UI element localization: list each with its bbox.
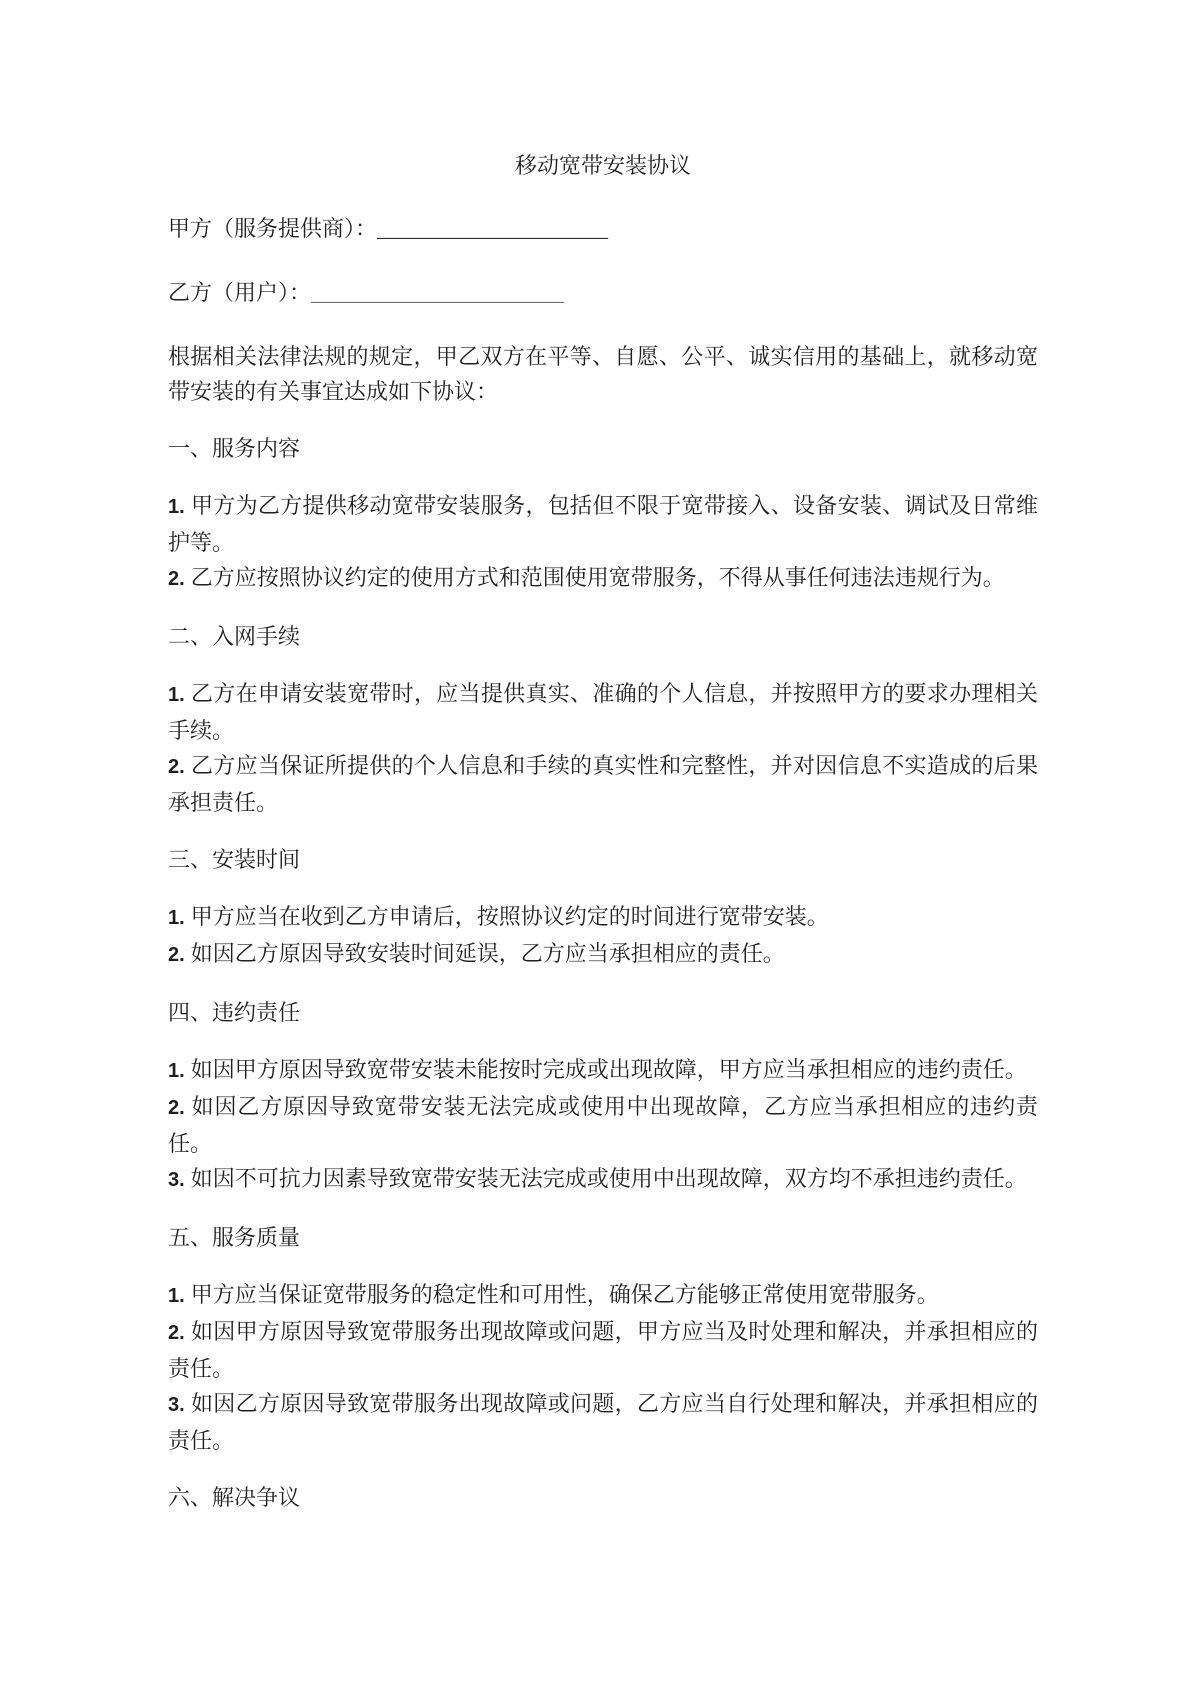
- section-3-heading: 三、安装时间: [168, 842, 1038, 877]
- party-a-line: 甲方（服务提供商）：_____________________: [168, 211, 1038, 246]
- party-b-blank: _______________________: [311, 280, 564, 305]
- clause-text: 如因乙方原因导致宽带服务出现故障或问题，乙方应当自行处理和解决，并承担相应的责任…: [168, 1391, 1038, 1453]
- clause-number: 3.: [168, 1169, 185, 1191]
- section-installation-time: 三、安装时间 1.甲方应当在收到乙方申请后，按照协议约定的时间进行宽带安装。 2…: [168, 842, 1038, 973]
- clause-text: 如因乙方原因导致安装时间延误，乙方应当承担相应的责任。: [191, 941, 785, 966]
- section-service-quality: 五、服务质量 1.甲方应当保证宽带服务的稳定性和可用性，确保乙方能够正常使用宽带…: [168, 1220, 1038, 1458]
- document-title: 移动宽带安装协议: [168, 148, 1038, 183]
- contract-clause: 3.如因不可抗力因素导致宽带安装无法完成或使用中出现故障，双方均不承担违约责任。: [168, 1161, 1038, 1198]
- party-b-line: 乙方（用户）：_______________________: [168, 275, 1038, 310]
- clause-text: 乙方应按照协议约定的使用方式和范围使用宽带服务，不得从事任何违法违规行为。: [191, 565, 1005, 590]
- contract-document-page: 移动宽带安装协议 甲方（服务提供商）：_____________________…: [0, 0, 1190, 1683]
- contract-clause: 3.如因乙方原因导致宽带服务出现故障或问题，乙方应当自行处理和解决，并承担相应的…: [168, 1386, 1038, 1458]
- section-5-items: 1.甲方应当保证宽带服务的稳定性和可用性，确保乙方能够正常使用宽带服务。 2.如…: [168, 1277, 1038, 1458]
- section-3-items: 1.甲方应当在收到乙方申请后，按照协议约定的时间进行宽带安装。 2.如因乙方原因…: [168, 899, 1038, 973]
- section-2-items: 1.乙方在申请安装宽带时，应当提供真实、准确的个人信息，并按照甲方的要求办理相关…: [168, 676, 1038, 820]
- section-6-heading: 六、解决争议: [168, 1480, 1038, 1515]
- clause-number: 1.: [168, 496, 185, 518]
- clause-text: 如因不可抗力因素导致宽带安装无法完成或使用中出现故障，双方均不承担违约责任。: [191, 1166, 1027, 1191]
- clause-number: 2.: [168, 1097, 185, 1119]
- contract-clause: 1.甲方应当在收到乙方申请后，按照协议约定的时间进行宽带安装。: [168, 899, 1038, 936]
- contract-clause: 1.甲方应当保证宽带服务的稳定性和可用性，确保乙方能够正常使用宽带服务。: [168, 1277, 1038, 1314]
- clause-text: 如因甲方原因导致宽带安装未能按时完成或出现故障，甲方应当承担相应的违约责任。: [191, 1057, 1027, 1082]
- party-b-label: 乙方（用户）：: [168, 280, 311, 305]
- clause-text: 如因甲方原因导致宽带服务出现故障或问题，甲方应当及时处理和解决，并承担相应的责任…: [168, 1319, 1038, 1381]
- section-5-heading: 五、服务质量: [168, 1220, 1038, 1255]
- clause-number: 1.: [168, 1060, 185, 1082]
- clause-number: 1.: [168, 684, 185, 706]
- contract-clause: 1.如因甲方原因导致宽带安装未能按时完成或出现故障，甲方应当承担相应的违约责任。: [168, 1052, 1038, 1089]
- section-breach-liability: 四、违约责任 1.如因甲方原因导致宽带安装未能按时完成或出现故障，甲方应当承担相…: [168, 995, 1038, 1198]
- section-1-heading: 一、服务内容: [168, 431, 1038, 466]
- intro-paragraph: 根据相关法律法规的规定，甲乙双方在平等、自愿、公平、诚实信用的基础上，就移动宽带…: [168, 339, 1038, 409]
- clause-number: 2.: [168, 1322, 185, 1344]
- party-a-blank: _____________________: [377, 216, 608, 241]
- clause-text: 乙方应当保证所提供的个人信息和手续的真实性和完整性，并对因信息不实造成的后果承担…: [168, 753, 1038, 815]
- clause-text: 甲方应当在收到乙方申请后，按照协议约定的时间进行宽带安装。: [191, 904, 829, 929]
- section-network-procedures: 二、入网手续 1.乙方在申请安装宽带时，应当提供真实、准确的个人信息，并按照甲方…: [168, 619, 1038, 820]
- contract-clause: 2.乙方应当保证所提供的个人信息和手续的真实性和完整性，并对因信息不实造成的后果…: [168, 748, 1038, 820]
- section-4-heading: 四、违约责任: [168, 995, 1038, 1030]
- clause-text: 甲方为乙方提供移动宽带安装服务，包括但不限于宽带接入、设备安装、调试及日常维护等…: [168, 493, 1038, 555]
- clause-text: 甲方应当保证宽带服务的稳定性和可用性，确保乙方能够正常使用宽带服务。: [191, 1282, 939, 1307]
- contract-clause: 1.甲方为乙方提供移动宽带安装服务，包括但不限于宽带接入、设备安装、调试及日常维…: [168, 488, 1038, 560]
- section-service-content: 一、服务内容 1.甲方为乙方提供移动宽带安装服务，包括但不限于宽带接入、设备安装…: [168, 431, 1038, 597]
- contract-clause: 2.如因乙方原因导致安装时间延误，乙方应当承担相应的责任。: [168, 936, 1038, 973]
- party-a-label: 甲方（服务提供商）：: [168, 216, 377, 241]
- clause-number: 3.: [168, 1394, 185, 1416]
- clause-number: 2.: [168, 756, 185, 778]
- clause-number: 2.: [168, 944, 185, 966]
- contract-clause: 1.乙方在申请安装宽带时，应当提供真实、准确的个人信息，并按照甲方的要求办理相关…: [168, 676, 1038, 748]
- section-1-items: 1.甲方为乙方提供移动宽带安装服务，包括但不限于宽带接入、设备安装、调试及日常维…: [168, 488, 1038, 597]
- clause-number: 1.: [168, 1285, 185, 1307]
- section-dispute-resolution: 六、解决争议: [168, 1480, 1038, 1515]
- clause-number: 1.: [168, 907, 185, 929]
- contract-clause: 2.乙方应按照协议约定的使用方式和范围使用宽带服务，不得从事任何违法违规行为。: [168, 560, 1038, 597]
- contract-clause: 2.如因乙方原因导致宽带安装无法完成或使用中出现故障，乙方应当承担相应的违约责任…: [168, 1089, 1038, 1161]
- section-2-heading: 二、入网手续: [168, 619, 1038, 654]
- clause-text: 乙方在申请安装宽带时，应当提供真实、准确的个人信息，并按照甲方的要求办理相关手续…: [168, 681, 1038, 743]
- section-4-items: 1.如因甲方原因导致宽带安装未能按时完成或出现故障，甲方应当承担相应的违约责任。…: [168, 1052, 1038, 1198]
- contract-clause: 2.如因甲方原因导致宽带服务出现故障或问题，甲方应当及时处理和解决，并承担相应的…: [168, 1314, 1038, 1386]
- clause-number: 2.: [168, 568, 185, 590]
- clause-text: 如因乙方原因导致宽带安装无法完成或使用中出现故障，乙方应当承担相应的违约责任。: [168, 1094, 1038, 1156]
